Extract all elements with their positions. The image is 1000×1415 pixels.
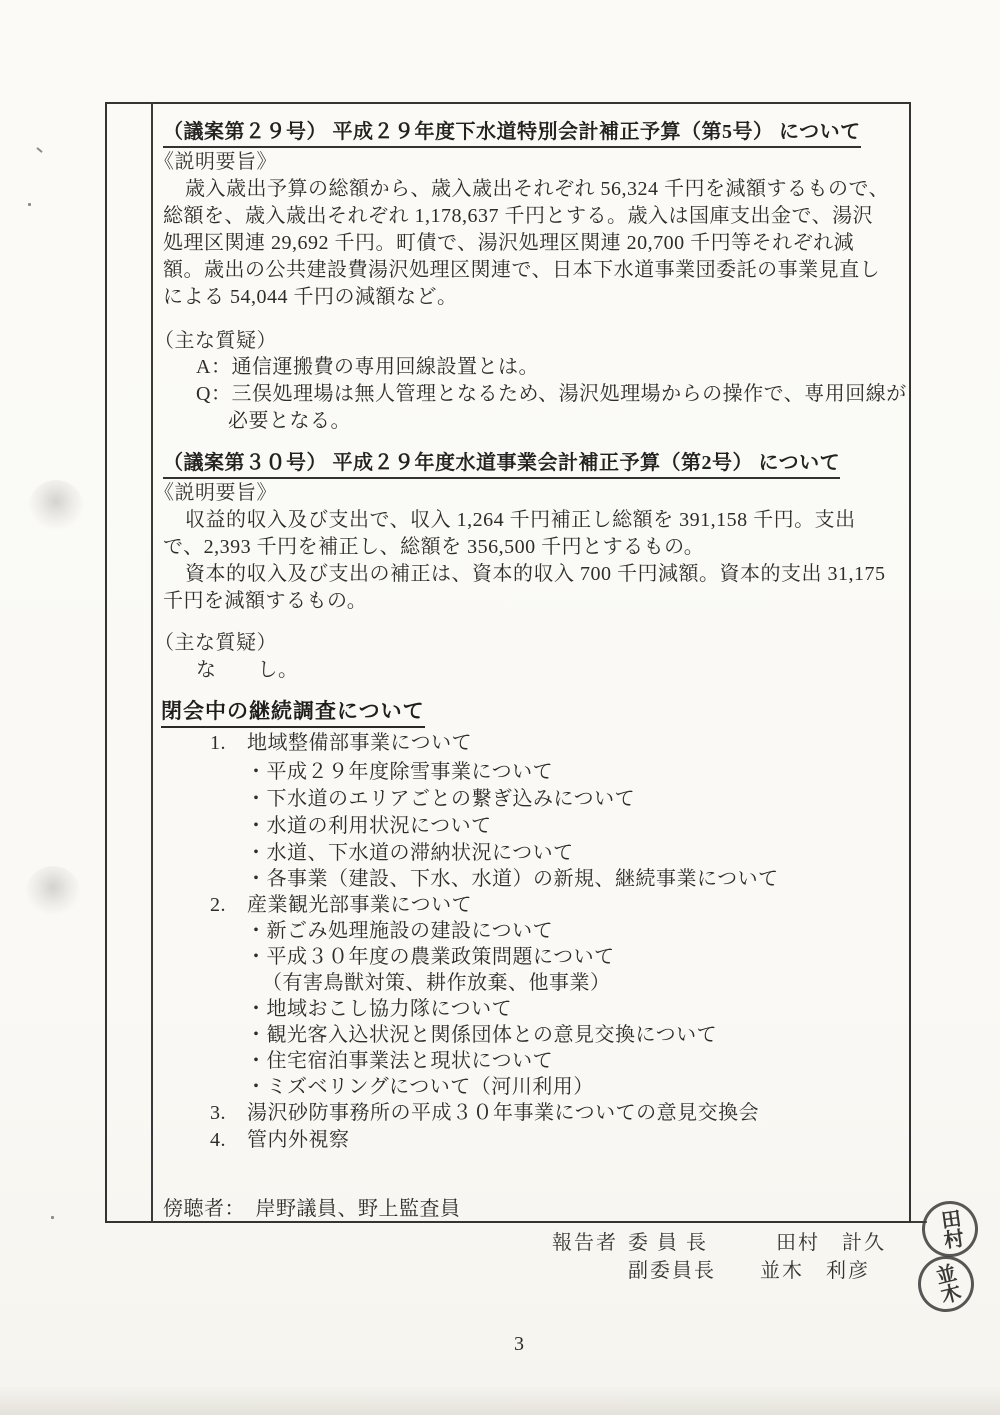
seal-namiki: 並木 xyxy=(912,1250,980,1318)
bullet-line: ・住宅宿泊事業法と現状について xyxy=(246,1049,553,1073)
page-number: 3 xyxy=(514,1333,524,1356)
summary-label-2: 《説明要旨》 xyxy=(154,481,277,505)
item-text: 管内外視察 xyxy=(247,1128,350,1152)
reporter-label: 報告者 xyxy=(552,1231,618,1255)
qa-line: Q：三俣処理場は無人管理となるため、湯沢処理場からの操作で、専用回線が xyxy=(196,382,907,406)
body-line: 収益的収入及び支出で、収入 1,264 千円補正し総額を 391,158 千円。… xyxy=(185,508,856,532)
scanned-document-page: （議案第２９号） 平成２９年度下水道特別会計補正予算（第5号） について 《説明… xyxy=(0,0,1000,1415)
body-line: 処理区関連 29,692 千円。町債で、湯沢処理区関連 20,700 千円等それ… xyxy=(163,231,854,255)
body-line: で、2,393 千円を補正し、総額を 356,500 千円とするもの。 xyxy=(163,535,704,559)
vice-chairman-name: 並木 利彦 xyxy=(760,1259,870,1283)
bullet-line: ・下水道のエリアごとの繋ぎ込みについて xyxy=(246,787,635,811)
item-number: 1. xyxy=(210,731,226,755)
seal-tamura-text: 田村 xyxy=(936,1208,963,1251)
scan-speck xyxy=(51,1216,54,1219)
qa-label-2: （主な質疑） xyxy=(154,631,277,655)
bullet-line: ・新ごみ処理施設の建設について xyxy=(246,919,553,943)
qa-label-1: （主な質疑） xyxy=(154,329,277,353)
qa-none-line: な し。 xyxy=(196,658,299,682)
qa-line: A：通信運搬費の専用回線設置とは。 xyxy=(196,355,539,379)
item-number: 2. xyxy=(210,893,226,917)
bullet-line: ・ミズベリングについて（河川利用） xyxy=(246,1075,594,1099)
item-text: 湯沢砂防事務所の平成３０年事業についての意見交換会 xyxy=(247,1101,759,1125)
body-line: による 54,044 千円の減額など。 xyxy=(163,285,458,309)
hole-punch-top xyxy=(28,480,84,536)
agenda-29-title: （議案第２９号） 平成２９年度下水道特別会計補正予算（第5号） について xyxy=(163,120,861,148)
item-text: 地域整備部事業について xyxy=(247,731,472,755)
body-line: 歳入歳出予算の総額から、歳入歳出それぞれ 56,324 千円を減額するもので、 xyxy=(185,177,889,201)
body-line: 千円を減額するもの。 xyxy=(163,589,367,613)
vice-chairman-role: 副委員長 xyxy=(628,1259,716,1283)
scan-speck xyxy=(36,147,43,153)
bullet-line: ・水道、下水道の滞納状況について xyxy=(246,841,574,865)
item-text: 産業観光部事業について xyxy=(247,893,472,917)
body-line: 資本的収入及び支出の補正は、資本的収入 700 千円減額。資本的支出 31,17… xyxy=(185,562,886,586)
chairman-name: 田村 計久 xyxy=(776,1231,886,1255)
qa-line: 必要となる。 xyxy=(228,409,351,433)
body-line: 総額を、歳入歳出それぞれ 1,178,637 千円とする。歳入は国庫支出金で、湯… xyxy=(163,204,873,228)
closing-heading: 閉会中の継続調査について xyxy=(161,699,425,728)
bullet-line: ・平成２９年度除雪事業について xyxy=(246,760,553,784)
agenda-30-title: （議案第３０号） 平成２９年度水道事業会計補正予算（第2号） について xyxy=(163,451,840,479)
observer-line: 傍聴者： 岸野議員、野上監査員 xyxy=(163,1197,461,1221)
bullet-line: ・各事業（建設、下水、水道）の新規、継続事業について xyxy=(246,867,779,891)
chairman-role: 委 員 長 xyxy=(628,1231,708,1255)
summary-label-1: 《説明要旨》 xyxy=(154,150,277,174)
scan-speck xyxy=(28,203,31,206)
bullet-continuation: （有害鳥獣対策、耕作放棄、他事業） xyxy=(262,971,611,995)
scan-edge-shadow xyxy=(0,1385,1000,1415)
hole-punch-bottom xyxy=(25,866,81,922)
bullet-line: ・平成３０年度の農業政策問題について xyxy=(246,945,615,969)
seal-tamura: 田村 xyxy=(918,1197,981,1260)
bullet-line: ・観光客入込状況と関係団体との意見交換について xyxy=(246,1023,717,1047)
seal-namiki-text: 並木 xyxy=(930,1262,961,1306)
item-number: 4. xyxy=(210,1128,226,1152)
body-line: 額。歳出の公共建設費湯沢処理区関連で、日本下水道事業団委託の事業見直し xyxy=(163,258,880,282)
bullet-line: ・地域おこし協力隊について xyxy=(246,997,512,1021)
bullet-line: ・水道の利用状況について xyxy=(246,814,492,838)
frame-inner-line xyxy=(151,102,153,1223)
item-number: 3. xyxy=(210,1101,226,1125)
